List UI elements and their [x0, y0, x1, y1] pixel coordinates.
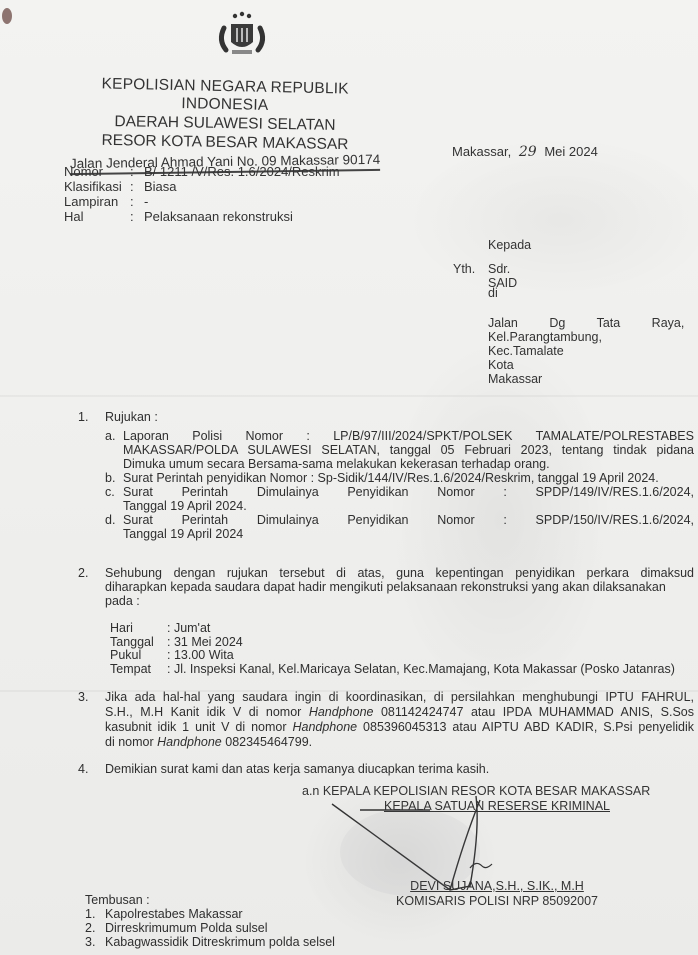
- letter-page: KEPOLISIAN NEGARA REPUBLIK INDONESIA DAE…: [0, 0, 698, 955]
- paragraph-1: 1. Rujukan : a. Laporan Polisi Nomor : L…: [78, 410, 694, 560]
- handwritten-signature-icon: [300, 790, 520, 900]
- paragraph-3: 3. Jika ada hal-hal yang saudara ingin d…: [78, 690, 694, 750]
- meta-label: Nomor: [64, 164, 130, 179]
- paragraph-3-line3: kasubnit idik 1 unit V di nomor Handphon…: [105, 720, 694, 734]
- meta-value: Biasa: [144, 179, 177, 194]
- meta-value: -: [144, 194, 148, 209]
- schedule-label: Pukul: [110, 649, 167, 663]
- item-letter: d.: [105, 513, 115, 527]
- tembusan-text: Kapolrestabes Makassar: [105, 907, 243, 921]
- text: S.H., M.H Kanit idik V di nomor: [105, 705, 309, 719]
- paragraph-2: 2. Sehubung dengan rujukan tersebut di a…: [78, 566, 694, 616]
- paragraph-number: 4.: [78, 762, 88, 776]
- tembusan-num: 2.: [85, 921, 105, 935]
- item-letter: c.: [105, 485, 115, 499]
- item-c-line1: Surat Perintah Dimulainya Penyidikan Nom…: [123, 485, 694, 499]
- paragraph-2-line1: Sehubung dengan rujukan tersebut di atas…: [105, 566, 694, 580]
- recipient-kepada: Kepada: [488, 238, 531, 252]
- schedule-value: : 31 Mei 2024: [167, 636, 243, 650]
- date-day-handwritten: 29: [519, 144, 537, 160]
- paragraph-4: 4. Demikian surat kami dan atas kerja sa…: [78, 762, 694, 778]
- schedule-value: : 13.00 Wita: [167, 649, 234, 663]
- meta-label: Klasifikasi: [64, 179, 130, 194]
- item-d-line1: Surat Perintah Dimulainya Penyidikan Nom…: [123, 513, 694, 527]
- schedule-label: Hari: [110, 622, 167, 636]
- recipient-yth: Yth.: [453, 262, 475, 276]
- item-d-line2: Tanggal 19 April 2024: [123, 527, 694, 541]
- tembusan-num: 3.: [85, 935, 105, 949]
- item-a-line3: Dimuka umum secara Bersama-sama melakuka…: [123, 457, 694, 471]
- text: 085396045313 atau AIPTU ABD KADIR, S.Psi…: [357, 720, 694, 734]
- paragraph-3-line2: S.H., M.H Kanit idik V di nomor Handphon…: [105, 705, 694, 719]
- meta-value: B/ 1211 /V/Res. 1.6/2024/Reskrim: [144, 164, 340, 179]
- text-italic: Handphone: [309, 705, 374, 719]
- schedule-value: : Jum'at: [167, 622, 210, 636]
- paragraph-2-line2: diharapkan kepada saudara dapat hadir me…: [105, 580, 694, 594]
- text: 082345464799.: [222, 735, 312, 749]
- meta-row-lampiran: Lampiran : -: [64, 194, 340, 209]
- schedule-row-hari: Hari : Jum'at: [110, 622, 675, 636]
- paragraph-3-line4: di nomor Handphone 082345464799.: [105, 735, 694, 749]
- text-italic: Handphone: [292, 720, 357, 734]
- schedule-row-tempat: Tempat : Jl. Inspeksi Kanal, Kel.Maricay…: [110, 663, 675, 677]
- date-place: Makassar,: [452, 144, 511, 159]
- schedule: Hari : Jum'at Tanggal : 31 Mei 2024 Puku…: [110, 622, 675, 676]
- letter-meta: Nomor : B/ 1211 /V/Res. 1.6/2024/Reskrim…: [64, 164, 340, 224]
- paragraph-number: 2.: [78, 566, 88, 580]
- paragraph-2-line3: pada :: [105, 594, 694, 608]
- tembusan: Tembusan : 1.Kapolrestabes Makassar 2.Di…: [85, 893, 335, 949]
- paragraph-number: 1.: [78, 410, 88, 424]
- letterhead: KEPOLISIAN NEGARA REPUBLIK INDONESIA DAE…: [60, 78, 390, 173]
- text: di nomor: [105, 735, 157, 749]
- polri-emblem-icon: [214, 10, 270, 60]
- schedule-label: Tanggal: [110, 636, 167, 650]
- item-b-line1: Surat Perintah penyidikan Nomor : Sp-Sid…: [123, 471, 694, 485]
- paragraph-number: 3.: [78, 690, 88, 704]
- recipient-address-line3: Kec.Tamalate Kota Makassar: [488, 344, 564, 386]
- text: kasubnit idik 1 unit V di nomor: [105, 720, 292, 734]
- place-date: Makassar, 29 Mei 2024: [452, 144, 598, 160]
- tembusan-num: 1.: [85, 907, 105, 921]
- item-letter: a.: [105, 429, 115, 443]
- meta-sep: :: [130, 194, 144, 209]
- schedule-row-pukul: Pukul : 13.00 Wita: [110, 649, 675, 663]
- meta-row-hal: Hal : Pelaksanaan rekonstruksi: [64, 209, 340, 224]
- schedule-label: Tempat: [110, 663, 167, 677]
- meta-row-nomor: Nomor : B/ 1211 /V/Res. 1.6/2024/Reskrim: [64, 164, 340, 179]
- date-month-year: Mei 2024: [544, 144, 597, 159]
- tembusan-text: Kabagwassidik Ditreskrimum polda selsel: [105, 935, 335, 949]
- meta-label: Lampiran: [64, 194, 130, 209]
- meta-value: Pelaksanaan rekonstruksi: [144, 209, 293, 224]
- paper-fold: [0, 395, 698, 397]
- paragraph-4-text: Demikian surat kami dan atas kerja saman…: [105, 762, 694, 776]
- text: 081142424747 atau IPDA MUHAMMAD ANIS, S.…: [373, 705, 694, 719]
- tembusan-item: 1.Kapolrestabes Makassar: [85, 907, 335, 921]
- recipient-address-line1: Jalan Dg Tata Raya,: [488, 316, 694, 330]
- recipient-block: Kepada Yth. Sdr. SAID di Jalan Dg Tata R…: [453, 238, 475, 358]
- text-italic: Handphone: [157, 735, 222, 749]
- meta-sep: :: [130, 209, 144, 224]
- schedule-row-tanggal: Tanggal : 31 Mei 2024: [110, 636, 675, 650]
- tembusan-text: Dirreskrimumum Polda sulsel: [105, 921, 268, 935]
- paragraph-title: Rujukan :: [105, 410, 694, 424]
- item-c-line2: Tanggal 19 April 2024.: [123, 499, 694, 513]
- ink-stain: [2, 8, 12, 24]
- recipient-address-line2: Kel.Parangtambung,: [488, 330, 602, 344]
- item-a-line2: MAKASSAR/POLDA SULAWESI SELATAN, tanggal…: [123, 443, 694, 457]
- item-a-line1: Laporan Polisi Nomor : LP/B/97/III/2024/…: [123, 429, 694, 443]
- schedule-value: : Jl. Inspeksi Kanal, Kel.Maricaya Selat…: [167, 663, 675, 677]
- meta-row-klasifikasi: Klasifikasi : Biasa: [64, 179, 340, 194]
- letterhead-line1: KEPOLISIAN NEGARA REPUBLIK INDONESIA: [60, 75, 391, 118]
- item-letter: b.: [105, 471, 115, 485]
- tembusan-item: 3.Kabagwassidik Ditreskrimum polda selse…: [85, 935, 335, 949]
- meta-sep: :: [130, 179, 144, 194]
- recipient-address-line1-text: Jalan Dg Tata Raya,: [488, 316, 684, 330]
- meta-sep: :: [130, 164, 144, 179]
- recipient-di: di: [488, 286, 498, 300]
- tembusan-title: Tembusan :: [85, 893, 335, 907]
- tembusan-item: 2.Dirreskrimumum Polda sulsel: [85, 921, 335, 935]
- paragraph-3-line1: Jika ada hal-hal yang saudara ingin di k…: [105, 690, 694, 704]
- meta-label: Hal: [64, 209, 130, 224]
